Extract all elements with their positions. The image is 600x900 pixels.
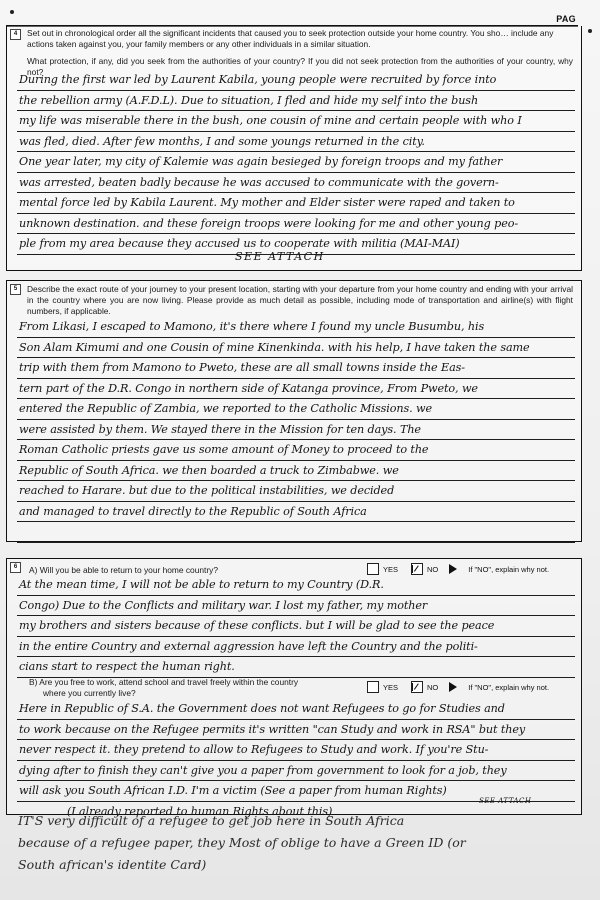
answer-line: dying after to finish they can't give yo…	[17, 761, 575, 782]
section-4-question-incidents: Set out in chronological order all the s…	[27, 28, 573, 50]
answer-line: Son Alam Kimumi and one Cousin of mine K…	[17, 338, 575, 359]
yes-label: YES	[383, 683, 398, 692]
answer-line: to work because on the Refugee permits i…	[17, 720, 575, 741]
answer-line: trip with them from Mamono to Pweto, the…	[17, 358, 575, 379]
explain-prompt: If "NO", explain why not.	[468, 683, 549, 692]
answer-line: and managed to travel directly to the Re…	[17, 502, 575, 523]
answer-line: cians start to respect the human right.	[17, 657, 575, 678]
section-6a-options: YES NO If "NO", explain why not.	[367, 563, 549, 575]
answer-line: tern part of the D.R. Congo in northern …	[17, 379, 575, 400]
see-attach-note: SEE ATTACH	[235, 250, 325, 263]
section-number: 5	[10, 284, 21, 295]
section-6b-question: B) Are you free to work, attend school a…	[29, 677, 329, 699]
answer-line: was arrested, beaten badly because he wa…	[17, 173, 575, 194]
no-checkbox[interactable]	[411, 563, 423, 575]
section-5-journey-route: 5 Describe the exact route of your journ…	[6, 280, 582, 542]
answer-line: One year later, my city of Kalemie was a…	[17, 152, 575, 173]
answer-line: in the entire Country and external aggre…	[17, 637, 575, 658]
answer-line: From Likasi, I escaped to Mamono, it's t…	[17, 317, 575, 338]
answer-line: unknown destination. and these foreign t…	[17, 214, 575, 235]
section-6b-options: YES NO If "NO", explain why not.	[367, 681, 549, 693]
answer-line: were assisted by them. We stayed there i…	[17, 420, 575, 441]
answer-line: Congo) Due to the Conflicts and military…	[17, 596, 575, 617]
margin-note-line: IT'S very difficult of a refugee to get …	[18, 812, 590, 830]
section-number: 4	[10, 29, 21, 40]
answer-line: my brothers and sisters because of these…	[17, 616, 575, 637]
arrow-right-icon	[449, 682, 457, 692]
yes-checkbox[interactable]	[367, 681, 379, 693]
no-label: NO	[427, 565, 438, 574]
answer-line: Here in Republic of S.A. the Government …	[17, 699, 575, 720]
section-5-answer[interactable]: From Likasi, I escaped to Mamono, it's t…	[17, 317, 575, 543]
no-checkbox[interactable]	[411, 681, 423, 693]
answer-line: At the mean time, I will not be able to …	[17, 575, 575, 596]
section-5-question: Describe the exact route of your journey…	[27, 284, 573, 317]
page-label: PAG	[556, 14, 576, 24]
answer-line: reached to Harare. but due to the politi…	[17, 481, 575, 502]
answer-line: was fled, died. After few months, I and …	[17, 132, 575, 153]
section-6b-question-line2: where you currently live?	[29, 688, 329, 699]
section-4-incidents: 4 Set out in chronological order all the…	[6, 26, 582, 271]
section-6-return-and-freedom: 6 A) Will you be able to return to your …	[6, 558, 582, 815]
punch-hole-mark	[588, 29, 592, 33]
no-label: NO	[427, 683, 438, 692]
margin-note-line: because of a refugee paper, they Most of…	[18, 834, 590, 852]
answer-line: my life was miserable there in the bush,…	[17, 111, 575, 132]
answer-line: never respect it. they pretend to allow …	[17, 740, 575, 761]
see-attach-note: SEE ATTACH	[479, 797, 532, 805]
section-6a-answer[interactable]: At the mean time, I will not be able to …	[17, 575, 575, 678]
explain-prompt: If "NO", explain why not.	[468, 565, 549, 574]
section-4-answer[interactable]: During the first war led by Laurent Kabi…	[17, 70, 575, 255]
yes-label: YES	[383, 565, 398, 574]
answer-line	[17, 522, 575, 543]
answer-line: During the first war led by Laurent Kabi…	[17, 70, 575, 91]
section-6b-question-line1: B) Are you free to work, attend school a…	[29, 677, 329, 688]
asylum-form-page: PAG 4 Set out in chronological order all…	[0, 0, 600, 900]
answer-line: mental force led by Kabila Laurent. My m…	[17, 193, 575, 214]
margin-note-line: South african's identite Card)	[18, 856, 590, 874]
yes-checkbox[interactable]	[367, 563, 379, 575]
punch-hole-mark	[10, 10, 14, 14]
arrow-right-icon	[449, 564, 457, 574]
answer-line: Roman Catholic priests gave us some amou…	[17, 440, 575, 461]
answer-line: the rebellion army (A.F.D.L). Due to sit…	[17, 91, 575, 112]
answer-line: Republic of South Africa. we then boarde…	[17, 461, 575, 482]
section-number: 6	[10, 562, 21, 573]
answer-line: entered the Republic of Zambia, we repor…	[17, 399, 575, 420]
